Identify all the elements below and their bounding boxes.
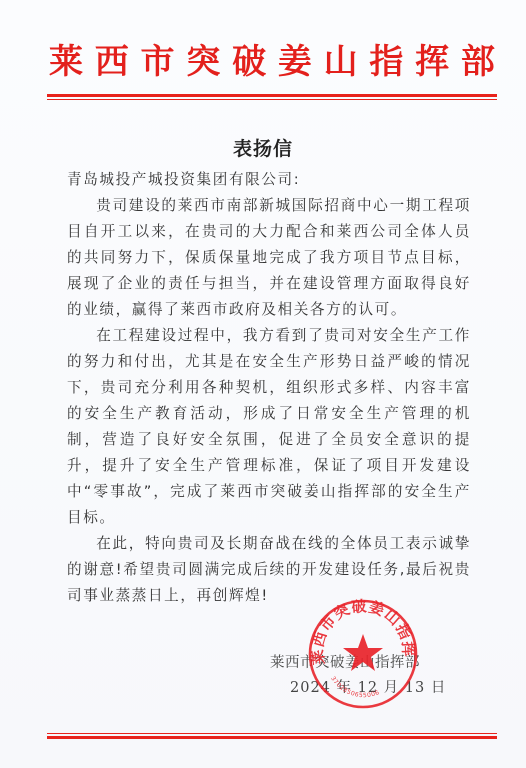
letterhead-char: 破: [229, 42, 269, 82]
letterhead-char: 山: [321, 42, 361, 82]
signature-organization: 莱西市突破姜山指挥部: [270, 651, 446, 676]
letterhead-char: 挥: [412, 42, 452, 82]
footer-divider: [47, 733, 497, 739]
letterhead-char: 市: [138, 42, 178, 82]
paragraph-3: 在此，特向贵司及长期奋战在线的全体员工表示诚挚的谢意!希望贵司圆满完成后续的开发…: [67, 531, 471, 609]
letterhead-char: 突: [183, 42, 223, 82]
letterhead-char: 部: [458, 42, 498, 82]
divider-thick-line: [47, 736, 497, 739]
paragraph-2: 在工程建设过程中，我方看到了贵司对安全生产工作的努力和付出，尤其是在安全生产形势…: [67, 323, 471, 531]
salutation: 青岛城投产城投资集团有限公司:: [67, 167, 471, 193]
paragraph-1: 贵司建设的莱西市南部新城国际招商中心一期工程项目自开工以来，在贵司的大力配合和莱…: [67, 193, 471, 323]
signature-block: 莱西市突破姜山指挥部 2024 年 12 月 13 日: [270, 651, 446, 701]
letterhead-char: 西: [92, 42, 132, 82]
document-title: 表扬信: [0, 134, 526, 161]
letterhead-title: 莱 西 市 突 破 姜 山 指 挥 部: [46, 42, 498, 82]
letterhead-char: 莱: [46, 42, 86, 82]
divider-thick-line: [47, 94, 497, 97]
signature-date: 2024 年 12 月 13 日: [270, 676, 446, 701]
letterhead-char: 姜: [275, 42, 315, 82]
letterhead-divider: [47, 94, 497, 100]
document-page: 莱 西 市 突 破 姜 山 指 挥 部 表扬信 青岛城投产城投资集团有限公司: …: [0, 0, 526, 768]
letter-body: 青岛城投产城投资集团有限公司: 贵司建设的莱西市南部新城国际招商中心一期工程项目…: [67, 167, 471, 609]
divider-thin-line: [47, 99, 497, 100]
letterhead-char: 指: [366, 42, 406, 82]
divider-thin-line: [47, 733, 497, 734]
